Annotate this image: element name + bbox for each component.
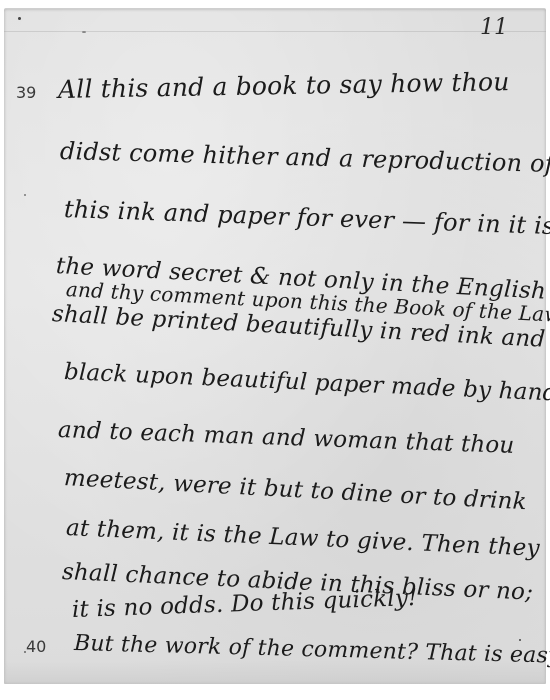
verse-number-39: 39 <box>16 83 36 102</box>
paper-speck <box>82 31 86 33</box>
manuscript-page: 11 39 All this and a book to say how tho… <box>4 8 546 684</box>
paper-speck <box>24 194 26 196</box>
manuscript-line: this ink and paper for ever — for in it … <box>64 195 550 240</box>
verse-number-40: 40 <box>26 637 46 656</box>
manuscript-line: it is no odds. Do this quickly! <box>72 585 418 623</box>
manuscript-line: meetest, were it but to dine or to drink <box>63 465 527 515</box>
manuscript-line: All this and a book to say how thou <box>58 67 510 104</box>
manuscript-line: and to each man and woman that thou <box>58 417 515 459</box>
manuscript-line: didst come hither and a reproduction of <box>60 137 550 178</box>
paper-speck <box>519 639 521 641</box>
manuscript-line: black upon beautiful paper made by hand; <box>63 359 550 407</box>
manuscript-line: at them, it is the Law to give. Then the… <box>65 515 540 562</box>
paper-speck <box>18 17 21 20</box>
page-number: 11 <box>480 15 508 40</box>
